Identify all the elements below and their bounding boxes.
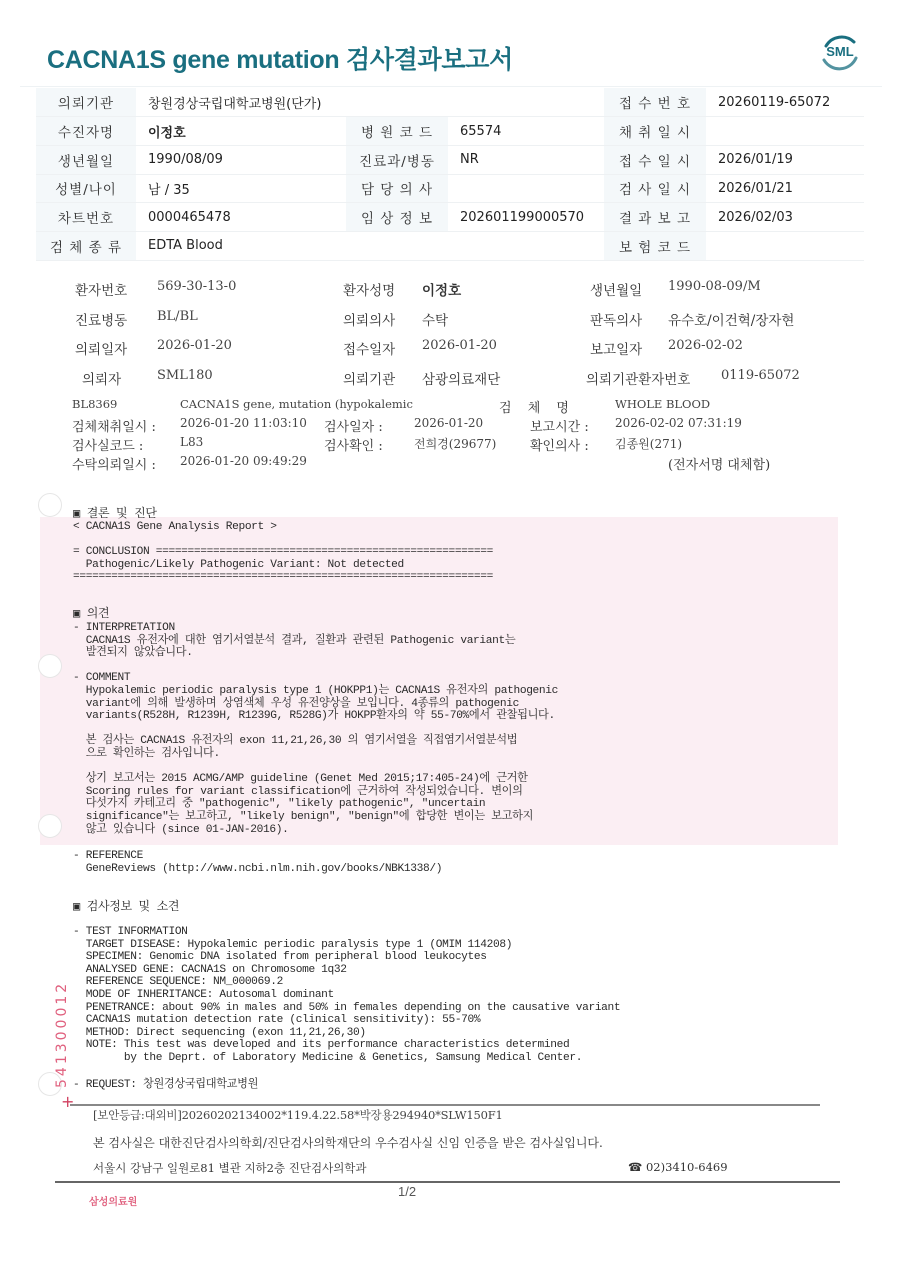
value-birth: 1990-08-09/M (668, 279, 761, 294)
request-line: - REQUEST: 창원경상국립대학교병원 (73, 1079, 258, 1092)
label-outsourced-request: 수탁의뢰일시 : (72, 454, 156, 473)
label-requesting-institution: 의뢰기관 (36, 88, 136, 117)
label-specimen-name: 검 체 명 (499, 397, 575, 416)
lab-address: 서울시 강남구 일원로81 별관 지하2층 진단검사의학과 (93, 1160, 367, 1176)
punch-hole (38, 654, 62, 678)
label-reading-doctors: 판독의사 (590, 309, 642, 329)
label-lab-code: 검사실코드 : (72, 435, 143, 454)
value-collection-time: 2026-01-20 11:03:10 (180, 416, 307, 430)
label-requester: 의뢰자 (82, 368, 121, 388)
conclusion-text: < CACNA1S Gene Analysis Report > = CONCL… (73, 521, 493, 584)
table-row: 차트번호 0000465478 임 상 정 보 202601199000570 … (36, 203, 864, 232)
phone-icon: ☎ (628, 1160, 642, 1174)
value-specimen-type: EDTA Blood (136, 231, 604, 260)
value-patient-name: 이정호 (136, 117, 346, 146)
opinion-text: - INTERPRETATION CACNA1S 유전자에 대한 염기서열분석 … (73, 622, 558, 836)
test-row: 검체채취일시 : 2026-01-20 11:03:10 검사일자 : 2026… (72, 416, 832, 435)
label-ward: 진료병동 (75, 309, 127, 329)
value-requester: SML180 (157, 368, 213, 383)
test-details: BL8369 CACNA1S gene, mutation (hypokalem… (72, 397, 832, 473)
security-stamp: [보안등급:대외비]20260202134002*119.4.22.58*박장용… (93, 1107, 503, 1123)
value-institution-patient-id: 0119-65072 (721, 368, 800, 383)
scanned-patient-grid: 환자번호 569-30-13-0 환자성명 이정호 생년월일 1990-08-0… (75, 279, 835, 397)
value-receipt-date: 2026-01-20 (422, 338, 497, 353)
report-title: CACNA1S gene mutation 검사결과보고서 (47, 40, 513, 76)
label-sex-age: 성별/나이 (36, 174, 136, 203)
value-birth-date: 1990/08/09 (136, 145, 346, 174)
registration-mark-icon: + (61, 1092, 74, 1111)
side-stamp-number: 541300012 (54, 988, 72, 1088)
test-row: BL8369 CACNA1S gene, mutation (hypokalem… (72, 397, 832, 416)
table-row: 성별/나이 남 / 35 담 당 의 사 검 사 일 시 2026/01/21 (36, 174, 864, 203)
value-requesting-institution: 창원경상국립대학교병원(단가) (136, 88, 604, 117)
label-institution-patient-id: 의뢰기관환자번호 (586, 368, 690, 388)
grid-row: 의뢰일자 2026-01-20 접수일자 2026-01-20 보고일자 202… (75, 338, 835, 368)
test-row: 검사실코드 : L83 검사확인 : 전희경(29677) 확인의사 : 김종원… (72, 435, 832, 454)
svg-text:SML: SML (826, 44, 854, 59)
label-collection-time: 검체채취일시 : (72, 416, 156, 435)
value-referring-doctor: 수탁 (422, 309, 448, 329)
value-department-ward: NR (448, 145, 604, 174)
label-report-time: 보고시간 : (530, 416, 589, 435)
label-test-confirmed: 검사확인 : (324, 435, 383, 454)
label-report-date: 보고일자 (590, 338, 642, 358)
value-attending-doctor (448, 174, 604, 203)
value-request-date: 2026-01-20 (157, 338, 232, 353)
lab-phone: ☎ 02)3410-6469 (628, 1160, 728, 1174)
value-result-report: 2026/02/03 (706, 203, 864, 232)
value-ward: BL/BL (157, 309, 198, 324)
value-patient-id: 569-30-13-0 (157, 279, 236, 294)
test-name: CACNA1S gene, mutation (hypokalemic (180, 397, 413, 411)
value-confirming-doctor: 김종원(271) (615, 435, 682, 452)
footer-divider-bottom (55, 1181, 840, 1183)
value-reading-doctors: 유수호/이건혁/장자현 (668, 309, 794, 329)
value-receipt-datetime: 2026/01/19 (706, 145, 864, 174)
value-accession-number: 20260119-65072 (706, 88, 864, 117)
patient-info-table: 의뢰기관 창원경상국립대학교병원(단가) 접 수 번 호 20260119-65… (36, 88, 864, 261)
value-lab-code: L83 (180, 435, 203, 449)
title-divider (20, 86, 882, 87)
value-report-time: 2026-02-02 07:31:19 (615, 416, 742, 430)
label-chart-number: 차트번호 (36, 203, 136, 232)
sml-logo-icon: SML (818, 30, 862, 74)
value-collection-datetime (706, 117, 864, 146)
label-patient-id: 환자번호 (75, 279, 127, 299)
phone-number: 02)3410-6469 (646, 1160, 728, 1174)
table-row: 검 체 종 류 EDTA Blood 보 험 코 드 (36, 231, 864, 260)
value-sex-age: 남 / 35 (136, 174, 346, 203)
test-info-text: - TEST INFORMATION TARGET DISEASE: Hypok… (73, 926, 620, 1065)
label-patient-fullname: 환자성명 (343, 279, 395, 299)
punch-hole (38, 814, 62, 838)
label-patient-name: 수진자명 (36, 117, 136, 146)
test-info-heading: ▣ 검사정보 및 소견 (73, 901, 179, 914)
value-test-datetime: 2026/01/21 (706, 174, 864, 203)
brand-mark: 삼성의료원 (89, 1193, 137, 1208)
label-institution: 의뢰기관 (343, 368, 395, 388)
label-collection-datetime: 채 취 일 시 (604, 117, 706, 146)
label-specimen-type: 검 체 종 류 (36, 231, 136, 260)
opinion-heading: ▣ 의견 (73, 608, 109, 621)
label-insurance-code: 보 험 코 드 (604, 231, 706, 260)
label-request-date: 의뢰일자 (75, 338, 127, 358)
value-specimen-name: WHOLE BLOOD (615, 397, 710, 411)
label-test-datetime: 검 사 일 시 (604, 174, 706, 203)
label-confirming-doctor: 확인의사 : (530, 435, 589, 454)
value-report-date: 2026-02-02 (668, 338, 743, 353)
grid-row: 환자번호 569-30-13-0 환자성명 이정호 생년월일 1990-08-0… (75, 279, 835, 309)
label-test-date: 검사일자 : (324, 416, 383, 435)
footer-divider (70, 1104, 820, 1106)
grid-row: 진료병동 BL/BL 의뢰의사 수탁 판독의사 유수호/이건혁/장자현 (75, 309, 835, 339)
label-receipt-date: 접수일자 (343, 338, 395, 358)
e-signature-note: (전자서명 대체함) (668, 454, 770, 473)
label-attending-doctor: 담 당 의 사 (346, 174, 448, 203)
value-hospital-code: 65574 (448, 117, 604, 146)
test-row: 수탁의뢰일시 : 2026-01-20 09:49:29 (전자서명 대체함) (72, 454, 832, 473)
label-accession-number: 접 수 번 호 (604, 88, 706, 117)
label-birth: 생년월일 (590, 279, 642, 299)
conclusion-heading: ▣ 결론 및 진단 (73, 508, 157, 521)
value-clinical-info: 202601199000570 (448, 203, 604, 232)
value-test-confirmed: 전희경(29677) (414, 435, 496, 452)
punch-hole (38, 493, 62, 517)
value-insurance-code (706, 231, 864, 260)
reference-text: - REFERENCE GeneReviews (http://www.ncbi… (73, 850, 442, 875)
label-clinical-info: 임 상 정 보 (346, 203, 448, 232)
page-number: 1/2 (398, 1184, 416, 1199)
table-row: 수진자명 이정호 병 원 코 드 65574 채 취 일 시 (36, 117, 864, 146)
value-institution: 삼광의료재단 (422, 368, 500, 388)
label-result-report: 결 과 보 고 (604, 203, 706, 232)
label-hospital-code: 병 원 코 드 (346, 117, 448, 146)
table-row: 생년월일 1990/08/09 진료과/병동 NR 접 수 일 시 2026/0… (36, 145, 864, 174)
grid-row: 의뢰자 SML180 의뢰기관 삼광의료재단 의뢰기관환자번호 0119-650… (75, 368, 835, 398)
label-referring-doctor: 의뢰의사 (343, 309, 395, 329)
sml-logo: SML (818, 30, 862, 74)
test-code: BL8369 (72, 397, 117, 411)
label-department-ward: 진료과/병동 (346, 145, 448, 174)
value-outsourced-request: 2026-01-20 09:49:29 (180, 454, 307, 468)
certification-note: 본 검사실은 대한진단검사의학회/진단검사의학재단의 우수검사실 신임 인증을 … (93, 1134, 603, 1151)
table-row: 의뢰기관 창원경상국립대학교병원(단가) 접 수 번 호 20260119-65… (36, 88, 864, 117)
value-patient-fullname: 이정호 (422, 279, 461, 299)
label-receipt-datetime: 접 수 일 시 (604, 145, 706, 174)
label-birth-date: 생년월일 (36, 145, 136, 174)
value-chart-number: 0000465478 (136, 203, 346, 232)
value-test-date: 2026-01-20 (414, 416, 483, 430)
